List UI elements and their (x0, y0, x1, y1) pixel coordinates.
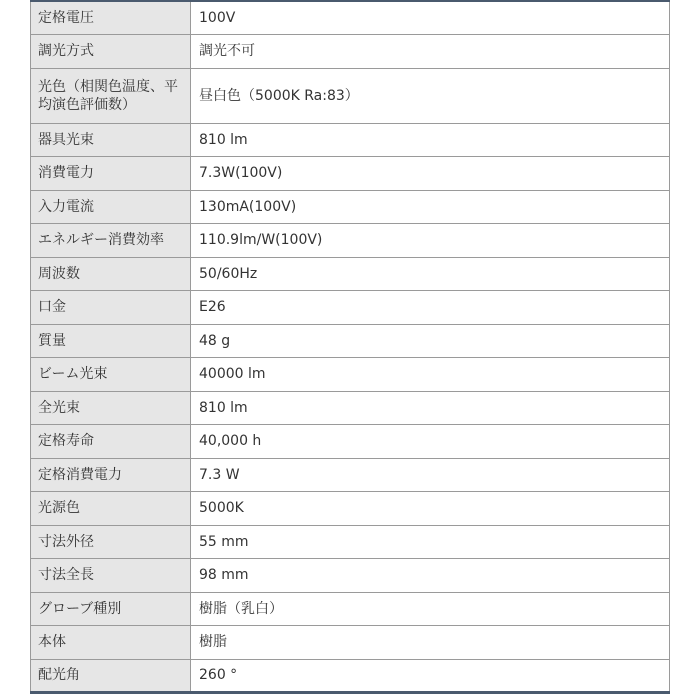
spec-label: 光色（相関色温度、平均演色評価数） (31, 68, 191, 123)
spec-value: 樹脂 (191, 626, 670, 660)
spec-row: 定格電圧100V (31, 1, 670, 35)
spec-label: 周波数 (31, 257, 191, 291)
spec-row: 質量48 g (31, 324, 670, 358)
spec-value: 260 ° (191, 659, 670, 693)
spec-row: エネルギー消費効率110.9lm/W(100V) (31, 224, 670, 258)
spec-value: 昼白色（5000K Ra:83） (191, 68, 670, 123)
spec-row: 光源色5000K (31, 492, 670, 526)
spec-value: 40,000 h (191, 425, 670, 459)
spec-value: E26 (191, 291, 670, 325)
spec-value: 810 lm (191, 391, 670, 425)
spec-row: 調光方式調光不可 (31, 35, 670, 69)
spec-label: ビーム光束 (31, 358, 191, 392)
spec-value: 5000K (191, 492, 670, 526)
spec-label: 本体 (31, 626, 191, 660)
spec-row: 器具光束810 lm (31, 123, 670, 157)
spec-label: 入力電流 (31, 190, 191, 224)
spec-label: 寸法全長 (31, 559, 191, 593)
spec-label: 配光角 (31, 659, 191, 693)
spec-label: 定格寿命 (31, 425, 191, 459)
spec-value: 40000 lm (191, 358, 670, 392)
spec-row: 寸法全長98 mm (31, 559, 670, 593)
spec-value: 7.3 W (191, 458, 670, 492)
spec-label: 質量 (31, 324, 191, 358)
spec-row: 寸法外径55 mm (31, 525, 670, 559)
spec-row: グローブ種別樹脂（乳白） (31, 592, 670, 626)
spec-label: エネルギー消費効率 (31, 224, 191, 258)
spec-label: 口金 (31, 291, 191, 325)
spec-row: 定格消費電力7.3 W (31, 458, 670, 492)
spec-value: 110.9lm/W(100V) (191, 224, 670, 258)
spec-row: ビーム光束40000 lm (31, 358, 670, 392)
spec-label: 定格電圧 (31, 1, 191, 35)
spec-value: 810 lm (191, 123, 670, 157)
spec-label: 寸法外径 (31, 525, 191, 559)
spec-row: 周波数50/60Hz (31, 257, 670, 291)
spec-row: 光色（相関色温度、平均演色評価数）昼白色（5000K Ra:83） (31, 68, 670, 123)
spec-label: 光源色 (31, 492, 191, 526)
spec-value: 7.3W(100V) (191, 157, 670, 191)
spec-value: 100V (191, 1, 670, 35)
spec-row: 本体樹脂 (31, 626, 670, 660)
spec-row: 口金E26 (31, 291, 670, 325)
spec-value: 98 mm (191, 559, 670, 593)
spec-label: 器具光束 (31, 123, 191, 157)
spec-table-body: 定格電圧100V調光方式調光不可光色（相関色温度、平均演色評価数）昼白色（500… (31, 1, 670, 693)
spec-value: 調光不可 (191, 35, 670, 69)
spec-row: 定格寿命40,000 h (31, 425, 670, 459)
spec-label: 全光束 (31, 391, 191, 425)
spec-value: 48 g (191, 324, 670, 358)
spec-label: 消費電力 (31, 157, 191, 191)
spec-label: 定格消費電力 (31, 458, 191, 492)
spec-table: 定格電圧100V調光方式調光不可光色（相関色温度、平均演色評価数）昼白色（500… (30, 0, 670, 694)
spec-value: 55 mm (191, 525, 670, 559)
spec-label: 調光方式 (31, 35, 191, 69)
spec-row: 消費電力7.3W(100V) (31, 157, 670, 191)
spec-row: 入力電流130mA(100V) (31, 190, 670, 224)
spec-row: 全光束810 lm (31, 391, 670, 425)
spec-value: 50/60Hz (191, 257, 670, 291)
spec-label: グローブ種別 (31, 592, 191, 626)
spec-row: 配光角260 ° (31, 659, 670, 693)
spec-value: 樹脂（乳白） (191, 592, 670, 626)
spec-value: 130mA(100V) (191, 190, 670, 224)
